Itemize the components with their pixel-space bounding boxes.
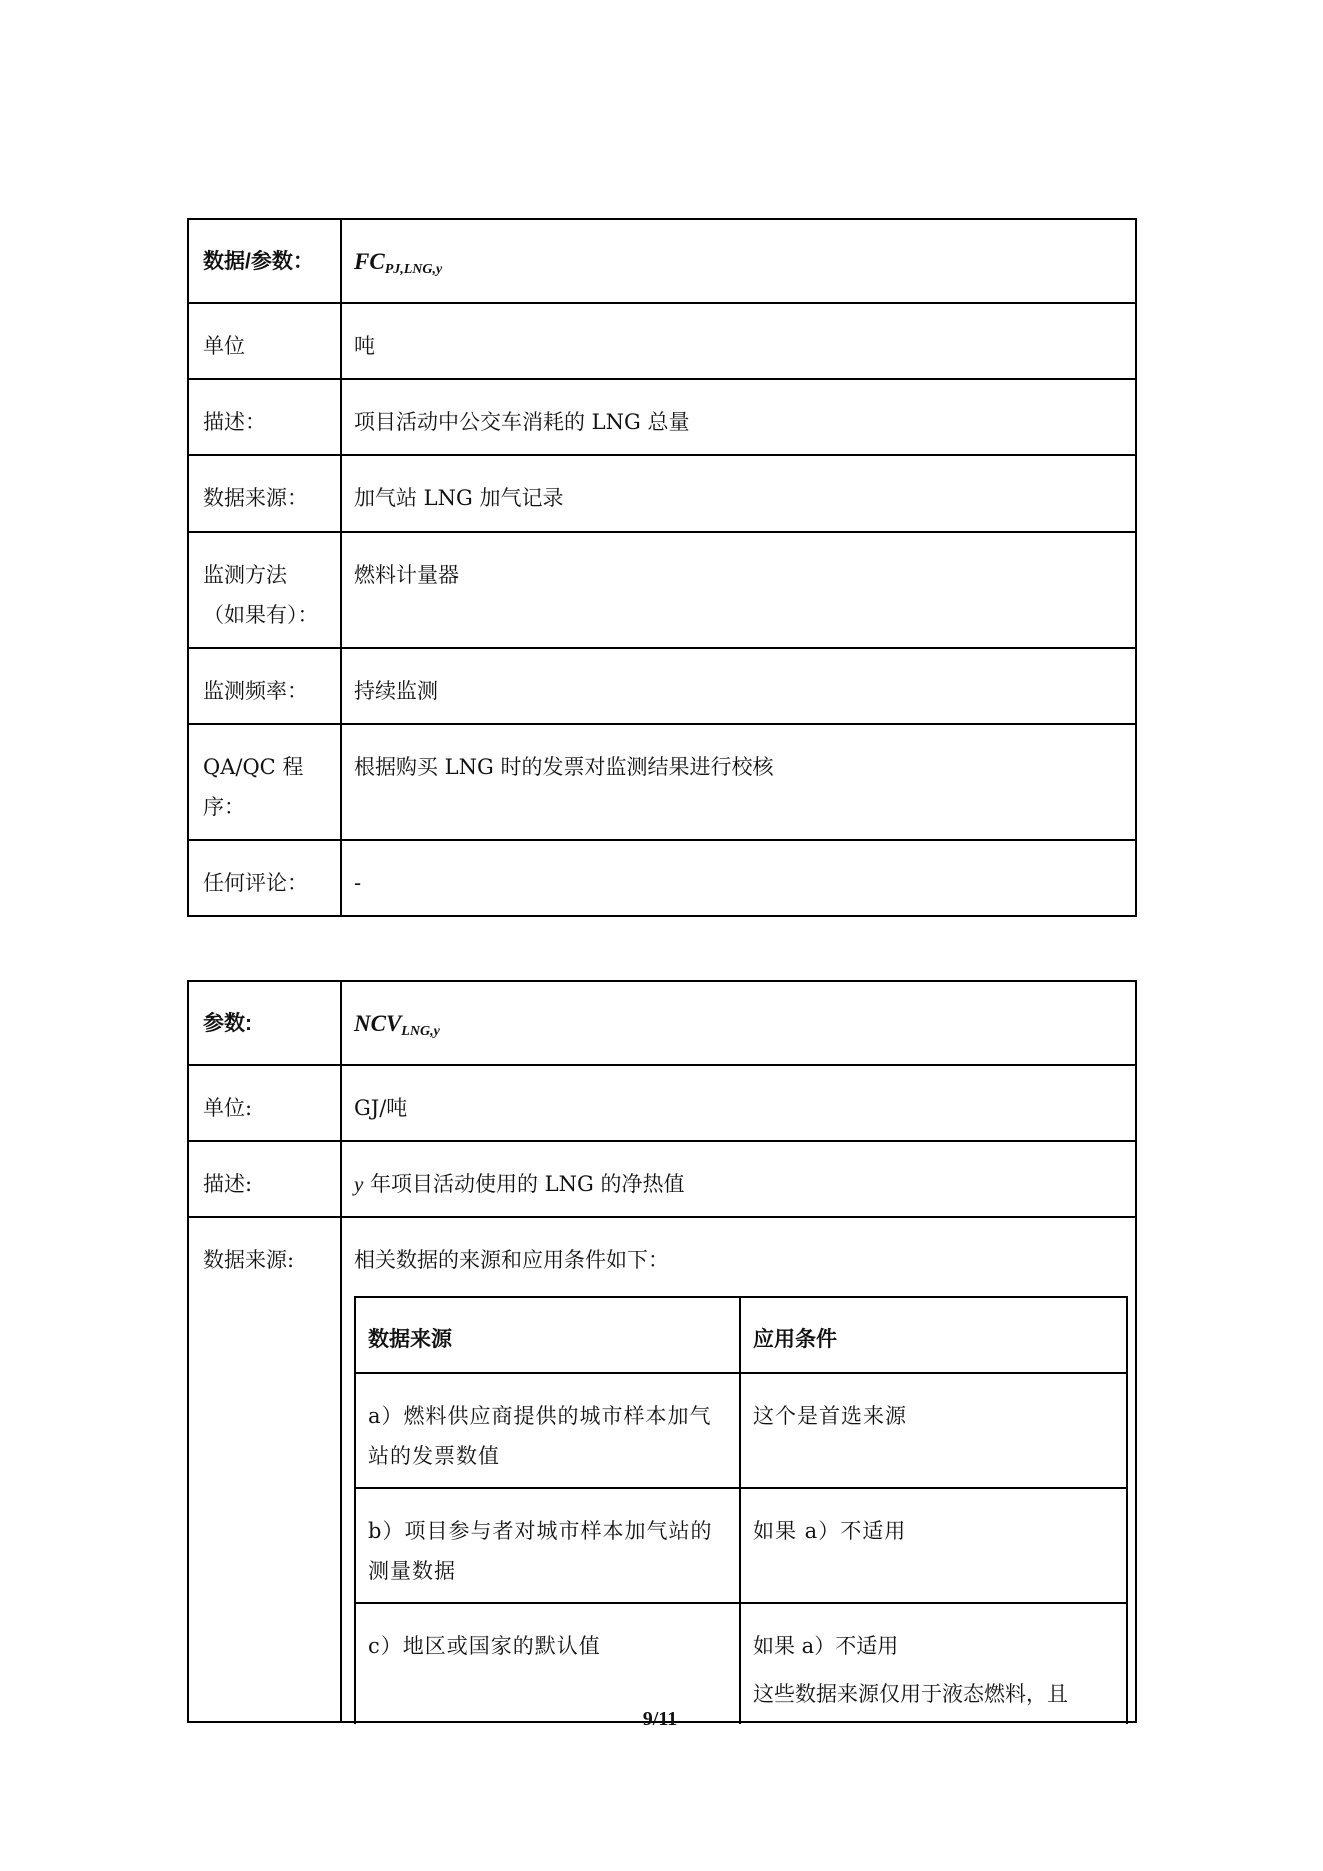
row-label: 监测方法（如果有）： [188, 532, 341, 648]
row-value: 相关数据的来源和应用条件如下： 数据来源 应用条件 a）燃料供应商提供的城市样本… [341, 1217, 1136, 1722]
table-row: c）地区或国家的默认值 如果 a）不适用这些数据来源仅用于液态燃料，且 [355, 1603, 1127, 1724]
row-value: 根据购买 LNG 时的发票对监测结果进行校核 [341, 724, 1136, 840]
table-row: 数据来源: 相关数据的来源和应用条件如下： 数据来源 应用条件 a）燃料供应商提… [188, 1217, 1136, 1722]
row-label: 监测频率： [188, 648, 341, 724]
page-number: 9/11 [0, 1708, 1320, 1731]
header-formula: FCPJ,LNG,y [341, 219, 1136, 303]
table-row: 单位 吨 [188, 303, 1136, 379]
row-value: 燃料计量器 [341, 532, 1136, 648]
condition-cell: 如果 a）不适用这些数据来源仅用于液态燃料，且 [740, 1603, 1127, 1724]
row-label: 描述： [188, 379, 341, 455]
row-value: GJ/吨 [341, 1065, 1136, 1141]
row-label: 单位: [188, 1065, 341, 1141]
nested-header-source: 数据来源 [355, 1297, 740, 1373]
row-label: QA/QC 程序： [188, 724, 341, 840]
nested-header-condition: 应用条件 [740, 1297, 1127, 1373]
table-row: 监测频率： 持续监测 [188, 648, 1136, 724]
row-label: 描述: [188, 1141, 341, 1217]
table-row: a）燃料供应商提供的城市样本加气站的发票数值 这个是首选来源 [355, 1373, 1127, 1488]
table-row: 数据来源： 加气站 LNG 加气记录 [188, 455, 1136, 532]
row-value: - [341, 840, 1136, 916]
row-value: y 年项目活动使用的 LNG 的净热值 [341, 1141, 1136, 1217]
row-value: 吨 [341, 303, 1136, 379]
source-cell: b）项目参与者对城市样本加气站的测量数据 [355, 1488, 740, 1603]
row-label: 数据来源： [188, 455, 341, 532]
row-value: 持续监测 [341, 648, 1136, 724]
nested-header-row: 数据来源 应用条件 [355, 1297, 1127, 1373]
header-label: 数据/参数： [188, 219, 341, 303]
row-label: 数据来源: [188, 1217, 341, 1722]
row-label: 单位 [188, 303, 341, 379]
condition-cell: 这个是首选来源 [740, 1373, 1127, 1488]
table-row: 监测方法（如果有）： 燃料计量器 [188, 532, 1136, 648]
row-label: 任何评论： [188, 840, 341, 916]
data-source-intro: 相关数据的来源和应用条件如下： [354, 1240, 1125, 1280]
table-row: 任何评论： - [188, 840, 1136, 916]
row-value: 项目活动中公交车消耗的 LNG 总量 [341, 379, 1136, 455]
parameter-table-ncv: 参数: NCVLNG,y 单位: GJ/吨 描述: y 年项目活动使用的 LNG… [187, 980, 1137, 1723]
condition-cell: 如果 a）不适用 [740, 1488, 1127, 1603]
row-value: 加气站 LNG 加气记录 [341, 455, 1136, 532]
table-row: 描述： 项目活动中公交车消耗的 LNG 总量 [188, 379, 1136, 455]
source-cell: a）燃料供应商提供的城市样本加气站的发票数值 [355, 1373, 740, 1488]
data-source-table: 数据来源 应用条件 a）燃料供应商提供的城市样本加气站的发票数值 这个是首选来源… [354, 1296, 1128, 1724]
table-row: b）项目参与者对城市样本加气站的测量数据 如果 a）不适用 [355, 1488, 1127, 1603]
table-row: 数据/参数： FCPJ,LNG,y [188, 219, 1136, 303]
parameter-table-fc: 数据/参数： FCPJ,LNG,y 单位 吨 描述： 项目活动中公交车消耗的 L… [187, 218, 1137, 917]
table-row: 单位: GJ/吨 [188, 1065, 1136, 1141]
header-label: 参数: [188, 981, 341, 1065]
table-row: 描述: y 年项目活动使用的 LNG 的净热值 [188, 1141, 1136, 1217]
header-formula: NCVLNG,y [341, 981, 1136, 1065]
source-cell: c）地区或国家的默认值 [355, 1603, 740, 1724]
table-row: 参数: NCVLNG,y [188, 981, 1136, 1065]
table-row: QA/QC 程序： 根据购买 LNG 时的发票对监测结果进行校核 [188, 724, 1136, 840]
